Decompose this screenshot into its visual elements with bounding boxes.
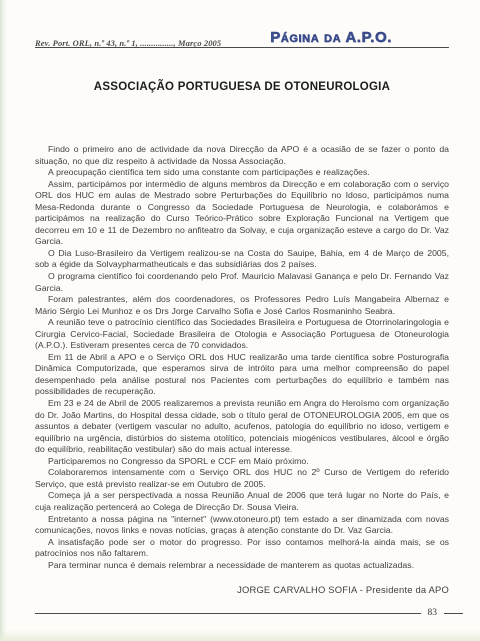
footer-rule-right [444,613,463,614]
page-footer: 83 [35,608,463,618]
page-content: Rev. Port. ORL, n.º 43, n.º 1, .........… [35,33,449,618]
paragraph: Entretanto a nossa página na "internet" … [35,514,449,537]
paragraph: Em 11 de Abril a APO e o Serviço ORL dos… [35,352,449,398]
paragraph: A preocupação científica tem sido uma co… [35,167,449,179]
paragraph: Começa já a ser perspectivada a nossa Re… [35,490,449,513]
paragraph: Participaremos no Congresso da SPORL e C… [35,456,449,468]
scanned-journal-page: Rev. Port. ORL, n.º 43, n.º 1, .........… [0,0,480,641]
journal-reference: Rev. Port. ORL, n.º 43, n.º 1, .........… [35,38,221,48]
paragraph: O Dia Luso-Brasileiro da Vertigem realiz… [35,248,449,271]
scan-edge-left [0,0,7,641]
footer-rule-left [35,613,421,614]
paragraph: Foram palestrantes, além dos coordenador… [35,294,449,317]
paragraph: Assim, participámos por intermédio de al… [35,179,449,248]
paragraph: O programa científico foi coordenando pe… [35,271,449,294]
paragraph: Findo o primeiro ano de actividade da no… [35,144,449,167]
apo-section-logo: Página da A.P.O. [263,29,399,47]
paragraph: A reunião teve o patrocínio científico d… [35,317,449,352]
paragraph: Em 23 e 24 de Abril de 2005 realizaremos… [35,398,449,456]
paragraph: Colaboraremos intensamente com o Serviço… [35,467,449,490]
page-title: ASSOCIAÇÃO PORTUGUESA DE OTONEUROLOGIA [35,81,449,93]
article-body: Findo o primeiro ano de actividade da no… [35,144,449,571]
page-number: 83 [428,608,438,618]
paragraph: Para terminar nunca é demais relembrar a… [35,560,449,572]
signature-line: JORGE CARVALHO SOFIA - Presidente da APO [35,584,449,595]
paragraph: A insatisfação pode ser o motor do progr… [35,537,449,560]
scan-edge-bottom [0,630,480,641]
page-header: Rev. Port. ORL, n.º 43, n.º 1, .........… [35,33,449,48]
